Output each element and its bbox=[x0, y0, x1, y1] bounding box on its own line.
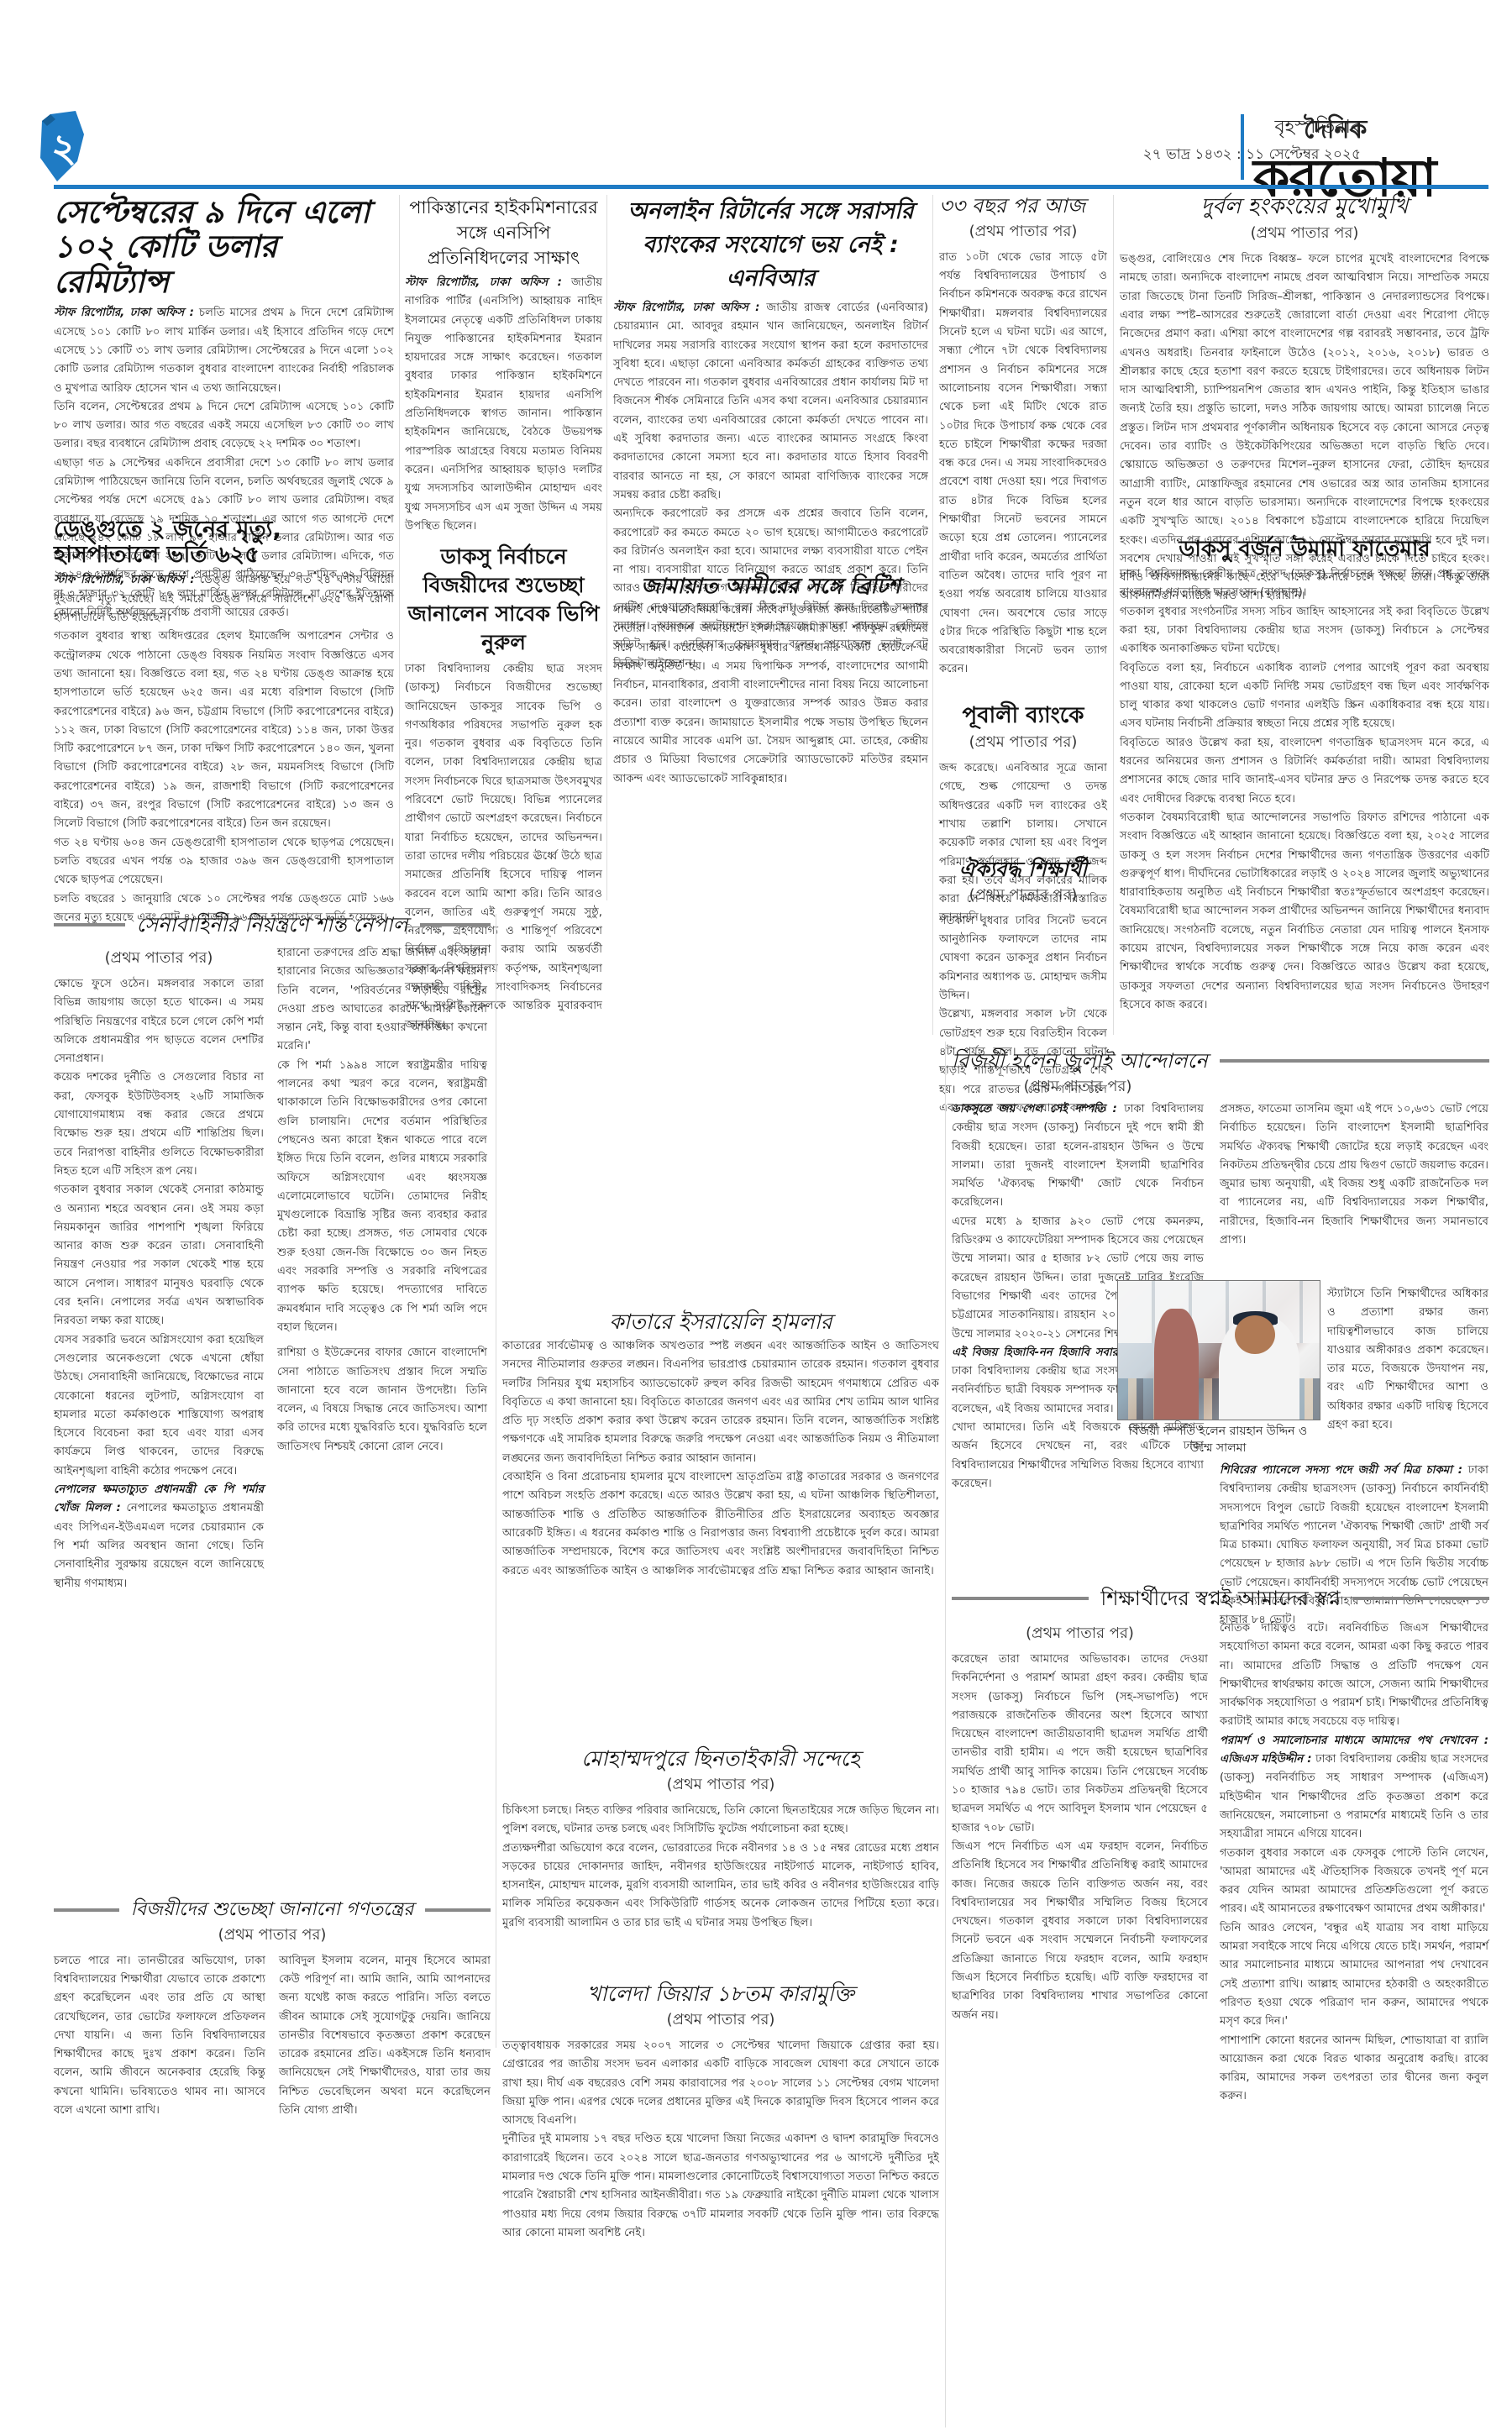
paragraph: প্রত্যক্ষদর্শীরা অভিযোগ করে বলেন, ভোররাত… bbox=[502, 1840, 939, 1933]
headline: জামায়াত আমীরের সঙ্গে ব্রিটিশ bbox=[613, 575, 928, 598]
masthead-rule bbox=[54, 185, 1488, 189]
article-mohammadpur: মোহাম্মদপুরে ছিনতাইকারী সন্দেহে (প্রথম প… bbox=[502, 1747, 939, 1933]
column-divider bbox=[399, 195, 400, 900]
headline: পূবালী ব্যাংকে bbox=[939, 704, 1107, 728]
heading-rule bbox=[1352, 1597, 1489, 1600]
article-dream: শিক্ষার্থীদের স্বপ্নই আমাদের স্বপ্ন bbox=[952, 1588, 1489, 1610]
paragraph: প্রসঙ্গত, ফাতেমা তাসনিম জুমা এই পদে ১০,৬… bbox=[1220, 1100, 1488, 1250]
paragraph: চলতে পারে না। তানভীরের অভিযোগ, ঢাকা বিশ্… bbox=[54, 1952, 265, 2121]
headline: শিক্ষার্থীদের স্বপ্নই আমাদের স্বপ্ন bbox=[1100, 1588, 1340, 1610]
paragraph: জিএস পদে নির্বাচিত এস এম ফরহাদ বলেন, নির… bbox=[952, 1838, 1208, 2025]
column-divider bbox=[606, 195, 607, 900]
headline: ৩৩ বছর পর আজ bbox=[939, 195, 1107, 218]
headline: ডাকসু বর্জন উমামা ফাতেমার bbox=[1120, 538, 1489, 562]
article-july: বিজয়ী হলেন জুলাই আন্দোলনে (প্রথম পাতার … bbox=[952, 1050, 1489, 1104]
paragraph: রাশিয়া ও ইউক্রেনের বাফার জোনে বাংলাদেশি… bbox=[277, 1344, 487, 1456]
paragraph: ঢাকা বিশ্ববিদ্যালয় কেন্দ্রীয় ছাত্র সংস… bbox=[952, 1103, 1204, 1209]
continued-label: (প্রথম পাতার পর) bbox=[952, 1074, 1204, 1100]
paragraph: আবিদুল ইসলাম বলেন, মানুষ হিসেবে আমরা কেউ… bbox=[279, 1952, 491, 2121]
paragraph: হারানো তরুণদের প্রতি শ্রদ্ধা জানান এবং স… bbox=[277, 944, 487, 1057]
paragraph: চলতি মাসের প্রথম ৯ দিনে দেশে রেমিট্যান্স… bbox=[54, 307, 394, 394]
paragraph: রাত ১০টা থেকে ভোর সাড়ে ৫টা পর্যন্ত বিশ্… bbox=[939, 249, 1107, 680]
continued-label: (প্রথম পাতার পর) bbox=[502, 2008, 939, 2034]
paragraph: ঢাকা বিশ্ববিদ্যালয় কেন্দ্রীয় ছাত্র সংস… bbox=[1220, 1753, 1488, 1840]
continued-label: (প্রথম পাতার পর) bbox=[939, 883, 1107, 909]
headline: খালেদা জিয়ার ১৮তম কারামুক্তি bbox=[502, 1982, 939, 2006]
paragraph: গত ২৪ ঘণ্টায় ৬০৪ জন ডেঙ্গুরোগী হাসপাতাল… bbox=[54, 834, 394, 890]
paragraph: তত্ত্বাবধায়ক সরকারের সময় ২০০৭ সালের ৩ … bbox=[502, 2037, 939, 2130]
paragraph: যেসব সরকারি ভবনে অগ্নিসংযোগ করা হয়েছিল … bbox=[54, 1331, 264, 1481]
paragraph: পাশাপাশি কোনো ধরনের আনন্দ মিছিল, শোভাযাত… bbox=[1220, 2032, 1488, 2107]
continued-label: (প্রথম পাতার পর) bbox=[939, 730, 1107, 756]
paragraph: বেআইনি ও বিনা প্ররোচনায় হামলার মুখে বাং… bbox=[502, 1468, 939, 1581]
paragraph: গতকাল বুধবার সংগঠনটির সদস্য সচিব জাহিদ আ… bbox=[1120, 603, 1489, 659]
continued-label: (প্রথম পাতার পর) bbox=[1120, 221, 1489, 247]
column-divider bbox=[496, 914, 496, 2048]
paragraph: গতকাল বুধবার সকালে এক ফেসবুক পোস্টে তিনি… bbox=[1220, 1845, 1488, 1919]
headline: সেনাবাহিনীর নিয়ন্ত্রণে শান্ত নেপাল bbox=[137, 914, 408, 937]
article-wishes: বিজয়ীদের শুভেচ্ছা জানানো গণতন্ত্রের (প্… bbox=[54, 1900, 491, 2120]
heading-rule bbox=[54, 923, 125, 926]
article-dakshu-fatema: ডাকসু বর্জন উমামা ফাতেমার ঢাকা বিশ্ববিদ্… bbox=[1120, 538, 1489, 1015]
paragraph: দুর্নীতির দুই মামলায় ১৭ বছর দণ্ডিত হয়ে… bbox=[502, 2130, 939, 2243]
article-khaleda: খালেদা জিয়ার ১৮তম কারামুক্তি (প্রথম পাত… bbox=[502, 1982, 939, 2243]
headline: সেপ্টেম্বরের ৯ দিনে এলো ১০২ কোটি ডলার রে… bbox=[54, 195, 394, 299]
article-nepal: সেনাবাহিনীর নিয়ন্ত্রণে শান্ত নেপাল bbox=[54, 914, 491, 937]
headline: অনলাইন রিটার্নের সঙ্গে সরাসরি ব্যাংকের স… bbox=[613, 195, 928, 296]
heading-rule bbox=[425, 1908, 491, 1912]
article-33-years: ৩৩ বছর পর আজ (প্রথম পাতার পর) রাত ১০টা থ… bbox=[939, 195, 1107, 680]
photo-caption: বিজয়ী দম্পতি হলেন রায়হান উদ্দিন ও উম্ম… bbox=[1117, 1423, 1319, 1456]
paragraph: কে পি শর্মা ১৯৯৪ সালে স্বরাষ্ট্রমন্ত্রীর… bbox=[277, 1057, 487, 1337]
paragraph: কাতারের সার্বভৌমত্ব ও আঞ্চলিক অখণ্ডতার স… bbox=[502, 1337, 939, 1468]
winners-photo bbox=[1117, 1280, 1320, 1420]
byline: স্টাফ রিপোর্টার, ঢাকা অফিস : bbox=[613, 302, 759, 314]
paragraph: গতকাল বুধবার সকাল থেকেই সেনারা কাঠমান্ডু… bbox=[54, 1181, 264, 1330]
continued-label: (প্রথম পাতার পর) bbox=[939, 219, 1107, 245]
paragraph: কয়েক দশকের দুর্নীতি ও সেগুলোর বিচার না … bbox=[54, 1068, 264, 1181]
paragraph: জাতীয় নাগরিক পার্টির (এনসিপি) আহ্বায়ক … bbox=[405, 276, 602, 533]
headline: দুর্বল হংকংয়ের মুখোমুখি bbox=[1120, 195, 1489, 219]
headline: কাতারে ইসরায়েলি হামলার bbox=[502, 1310, 939, 1334]
byline: স্টাফ রিপোর্টার, ঢাকা অফিস : bbox=[405, 276, 562, 289]
heading-rule bbox=[952, 1597, 1089, 1600]
paragraph: সাক্ষাৎ শেষে মতবিনিময় করেন। সাবেক যুক্ত… bbox=[613, 601, 928, 789]
page-number: ২ bbox=[47, 119, 81, 183]
section-heading: বিজয়ীদের শুভেচ্ছা জানানো গণতন্ত্রের bbox=[54, 1900, 491, 1921]
heading-rule bbox=[1220, 1059, 1489, 1063]
paragraph: চিকিৎসা চলছে। নিহত ব্যক্তির পরিবার জানিয… bbox=[502, 1802, 939, 1840]
masthead-divider bbox=[1241, 114, 1244, 180]
paragraph: করেছেন তারা আমাদের অভিভাবক। তাদের দেওয়া… bbox=[952, 1651, 1208, 1838]
page-number-badge: ২ bbox=[39, 109, 86, 185]
article-dengue: ডেঙ্গুতে ২ জনের মৃত্যু, হাসপাতালে ভর্তি … bbox=[54, 517, 394, 927]
sub-heading: শিবিরের প্যানেলে সদস্য পদে জয়ী সর্ব মিত… bbox=[1220, 1464, 1462, 1477]
article-jamaat: জামায়াত আমীরের সঙ্গে ব্রিটিশ সাক্ষাৎ শে… bbox=[613, 575, 928, 789]
paragraph: গতকাল বুধবার ঢাবির সিনেট ভবনে আনুষ্ঠানিক… bbox=[939, 912, 1107, 1005]
paragraph: তিনি বলেন, সেপ্টেম্বরের প্রথম ৯ দিনে দেশ… bbox=[54, 398, 394, 454]
newspaper-logo: দৈনিক করতোয়া bbox=[1253, 109, 1480, 204]
paragraph: তিনি আরও লেখেন, 'বন্ধুর এই যাত্রায় সব ব… bbox=[1220, 1919, 1488, 2032]
paragraph: নৈতিক দায়িত্বও বটে। নবনির্বাচিত জিএস শি… bbox=[1220, 1619, 1488, 1732]
paragraph: ক্ষোভে ফুসে ওঠেন। মঙ্গলবার সকালে তারা বি… bbox=[54, 975, 264, 1068]
headline: বিজয়ী হলেন জুলাই আন্দোলনে bbox=[952, 1050, 1208, 1073]
headline: ডেঙ্গুতে ২ জনের মৃত্যু, হাসপাতালে ভর্তি … bbox=[54, 517, 394, 568]
paragraph: নেপালের ক্ষমতাচ্যুত প্রধানমন্ত্রী এবং সি… bbox=[54, 1502, 264, 1589]
headline: বিজয়ীদের শুভেচ্ছা জানানো গণতন্ত্রের bbox=[131, 1900, 414, 1921]
sub-heading: ডাকসুতে জয় পেল সেই দম্পতি : bbox=[952, 1103, 1117, 1115]
paragraph: বিবৃতিতে আরও উল্লেখ করা হয়, বাংলাদেশ গণ… bbox=[1120, 734, 1489, 809]
paragraph: জাতীয় রাজস্ব বোর্ডের (এনবিআর) চেয়ারম্য… bbox=[613, 302, 928, 501]
paragraph: স্ট্যাটাসে তিনি শিক্ষার্থীদের অধিকার ও প… bbox=[1327, 1285, 1488, 1435]
paragraph: বিবৃতিতে বলা হয়, নির্বাচনে একাধিক ব্যাল… bbox=[1120, 659, 1489, 734]
continued-label: (প্রথম পাতার পর) bbox=[54, 946, 264, 972]
article-pakistan: পাকিস্তানের হাইকমিশনারের সঙ্গে এনসিপি প্… bbox=[405, 195, 602, 536]
heading-rule bbox=[54, 1908, 119, 1912]
byline: স্টাফ রিপোর্টার, ঢাকা অফিস : bbox=[54, 574, 195, 586]
continued-label: (প্রথম পাতার পর) bbox=[952, 1621, 1208, 1647]
headline: ঐক্যবদ্ধ শিক্ষার্থী bbox=[939, 858, 1107, 881]
paragraph: গতকাল বৈষম্যবিরোধী ছাত্র আন্দোলনের সভাপত… bbox=[1120, 809, 1489, 1015]
headline: মোহাম্মদপুরে ছিনতাইকারী সন্দেহে bbox=[502, 1747, 939, 1771]
headline: পাকিস্তানের হাইকমিশনারের সঙ্গে এনসিপি প্… bbox=[405, 195, 602, 270]
article-qatar: কাতারে ইসরায়েলি হামলার কাতারের সার্বভৌম… bbox=[502, 1310, 939, 1581]
column-divider bbox=[1113, 195, 1114, 1035]
continued-label: (প্রথম পাতার পর) bbox=[502, 1772, 939, 1798]
column-divider bbox=[932, 195, 933, 1035]
heading-rule bbox=[420, 923, 491, 926]
paragraph: ঢাকা বিশ্ববিদ্যালয় কেন্দ্রীয় ছাত্র সংস… bbox=[1120, 565, 1489, 603]
byline: স্টাফ রিপোর্টার, ঢাকা অফিস : bbox=[54, 307, 194, 319]
logo-small-text: দৈনিক bbox=[1253, 109, 1480, 152]
paragraph: গতকাল বুধবার স্বাস্থ্য অধিদপ্তরের হেলথ ই… bbox=[54, 627, 394, 833]
section-heading: সেনাবাহিনীর নিয়ন্ত্রণে শান্ত নেপাল bbox=[54, 914, 491, 937]
section-heading: বিজয়ী হলেন জুলাই আন্দোলনে bbox=[952, 1050, 1489, 1073]
column-divider bbox=[945, 1042, 946, 2427]
headline: ডাকসু নির্বাচনে বিজয়ীদের শুভেচ্ছা জানাল… bbox=[405, 543, 602, 657]
section-heading: শিক্ষার্থীদের স্বপ্নই আমাদের স্বপ্ন bbox=[952, 1588, 1489, 1610]
continued-label: (প্রথম পাতার পর) bbox=[54, 1923, 491, 1949]
